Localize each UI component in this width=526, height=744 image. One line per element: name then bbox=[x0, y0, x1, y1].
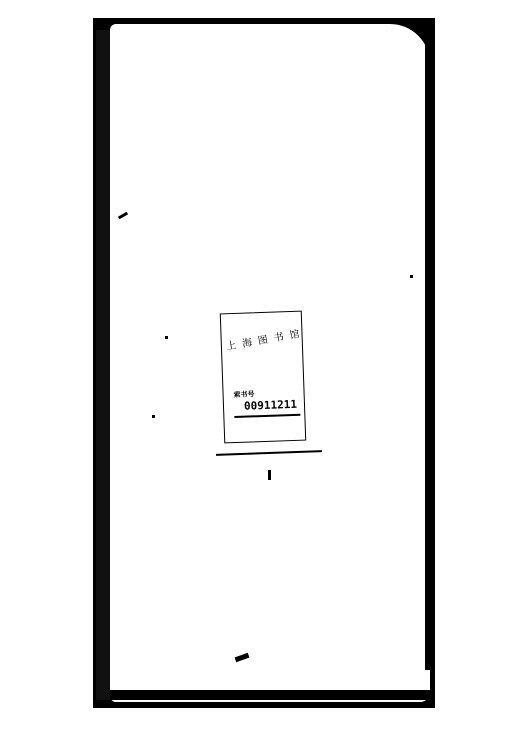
scanned-page: 上海图书馆 索书号 00911211 bbox=[0, 0, 526, 744]
label-rule bbox=[234, 414, 300, 418]
page-left-edge bbox=[96, 30, 110, 700]
page-bottom-edge bbox=[110, 690, 430, 700]
library-label: 上海图书馆 索书号 00911211 bbox=[220, 311, 306, 444]
speck bbox=[152, 415, 155, 418]
speck bbox=[165, 336, 168, 339]
library-label-number: 00911211 bbox=[244, 398, 297, 413]
page-right-edge bbox=[425, 30, 435, 670]
speck bbox=[410, 275, 413, 278]
library-label-title: 上海图书馆 bbox=[225, 324, 306, 353]
speck bbox=[268, 470, 271, 480]
